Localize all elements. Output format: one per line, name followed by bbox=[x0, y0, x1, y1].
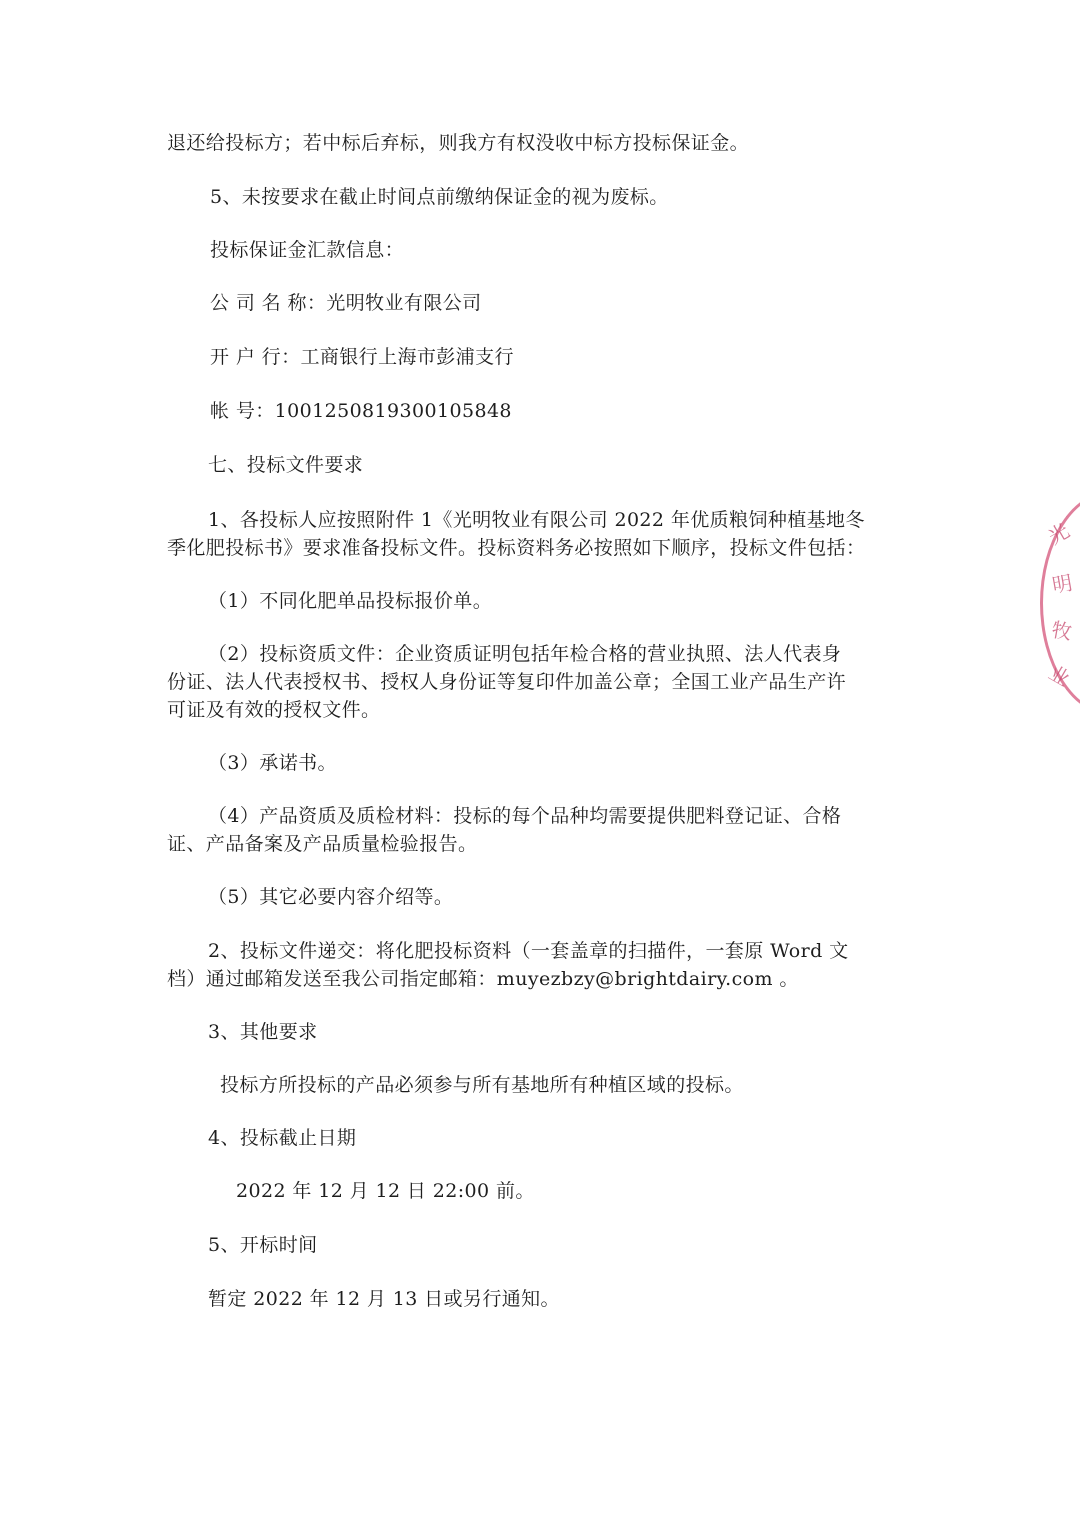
text-line: 七、投标文件要求 bbox=[208, 453, 363, 477]
text-line: 可证及有效的授权文件。 bbox=[167, 698, 380, 722]
text-line: 投标方所投标的产品必须参与所有基地所有种植区域的投标。 bbox=[220, 1073, 744, 1097]
text-line: 5、开标时间 bbox=[208, 1233, 318, 1257]
text-line: 暂定 2022 年 12 月 13 日或另行通知。 bbox=[208, 1287, 560, 1311]
text-line: 份证、法人代表授权书、授权人身份证等复印件加盖公章；全国工业产品生产许 bbox=[167, 670, 846, 694]
company-seal-stamp: 光 明 牧 业 bbox=[1030, 490, 1080, 710]
text-line: 季化肥投标书》要求准备投标文件。投标资料务必按照如下顺序，投标文件包括： bbox=[167, 536, 865, 560]
text-line: 3、其他要求 bbox=[208, 1020, 318, 1044]
text-line: 5、未按要求在截止时间点前缴纳保证金的视为废标。 bbox=[210, 185, 669, 209]
text-line: （1）不同化肥单品投标报价单。 bbox=[208, 589, 492, 613]
text-line: （5）其它必要内容介绍等。 bbox=[208, 885, 453, 909]
text-line: 开 户 行：工商银行上海市彭浦支行 bbox=[210, 345, 514, 369]
text-line: 2022 年 12 月 12 日 22:00 前。 bbox=[236, 1179, 535, 1203]
text-line: 2、投标文件递交：将化肥投标资料（一套盖章的扫描件，一套原 Word 文 bbox=[208, 939, 849, 963]
text-line: 1、各投标人应按照附件 1《光明牧业有限公司 2022 年优质粮饲种植基地冬 bbox=[208, 508, 865, 532]
text-line: 公 司 名 称：光明牧业有限公司 bbox=[210, 291, 482, 315]
text-line: 4、投标截止日期 bbox=[208, 1126, 356, 1150]
text-line: 帐 号：1001250819300105848 bbox=[210, 399, 512, 423]
text-line: 档）通过邮箱发送至我公司指定邮箱：muyezbzy@brightdairy.co… bbox=[167, 967, 799, 991]
text-line: 投标保证金汇款信息： bbox=[210, 238, 404, 262]
text-line: （2）投标资质文件：企业资质证明包括年检合格的营业执照、法人代表身 bbox=[208, 642, 841, 666]
text-line: （4）产品资质及质检材料：投标的每个品种均需要提供肥料登记证、合格 bbox=[208, 804, 841, 828]
text-line: 退还给投标方；若中标后弃标，则我方有权没收中标方投标保证金。 bbox=[167, 131, 749, 155]
text-line: （3）承诺书。 bbox=[208, 751, 337, 775]
text-line: 证、产品备案及产品质量检验报告。 bbox=[167, 832, 477, 856]
document-page: 退还给投标方；若中标后弃标，则我方有权没收中标方投标保证金。5、未按要求在截止时… bbox=[0, 0, 1080, 1526]
